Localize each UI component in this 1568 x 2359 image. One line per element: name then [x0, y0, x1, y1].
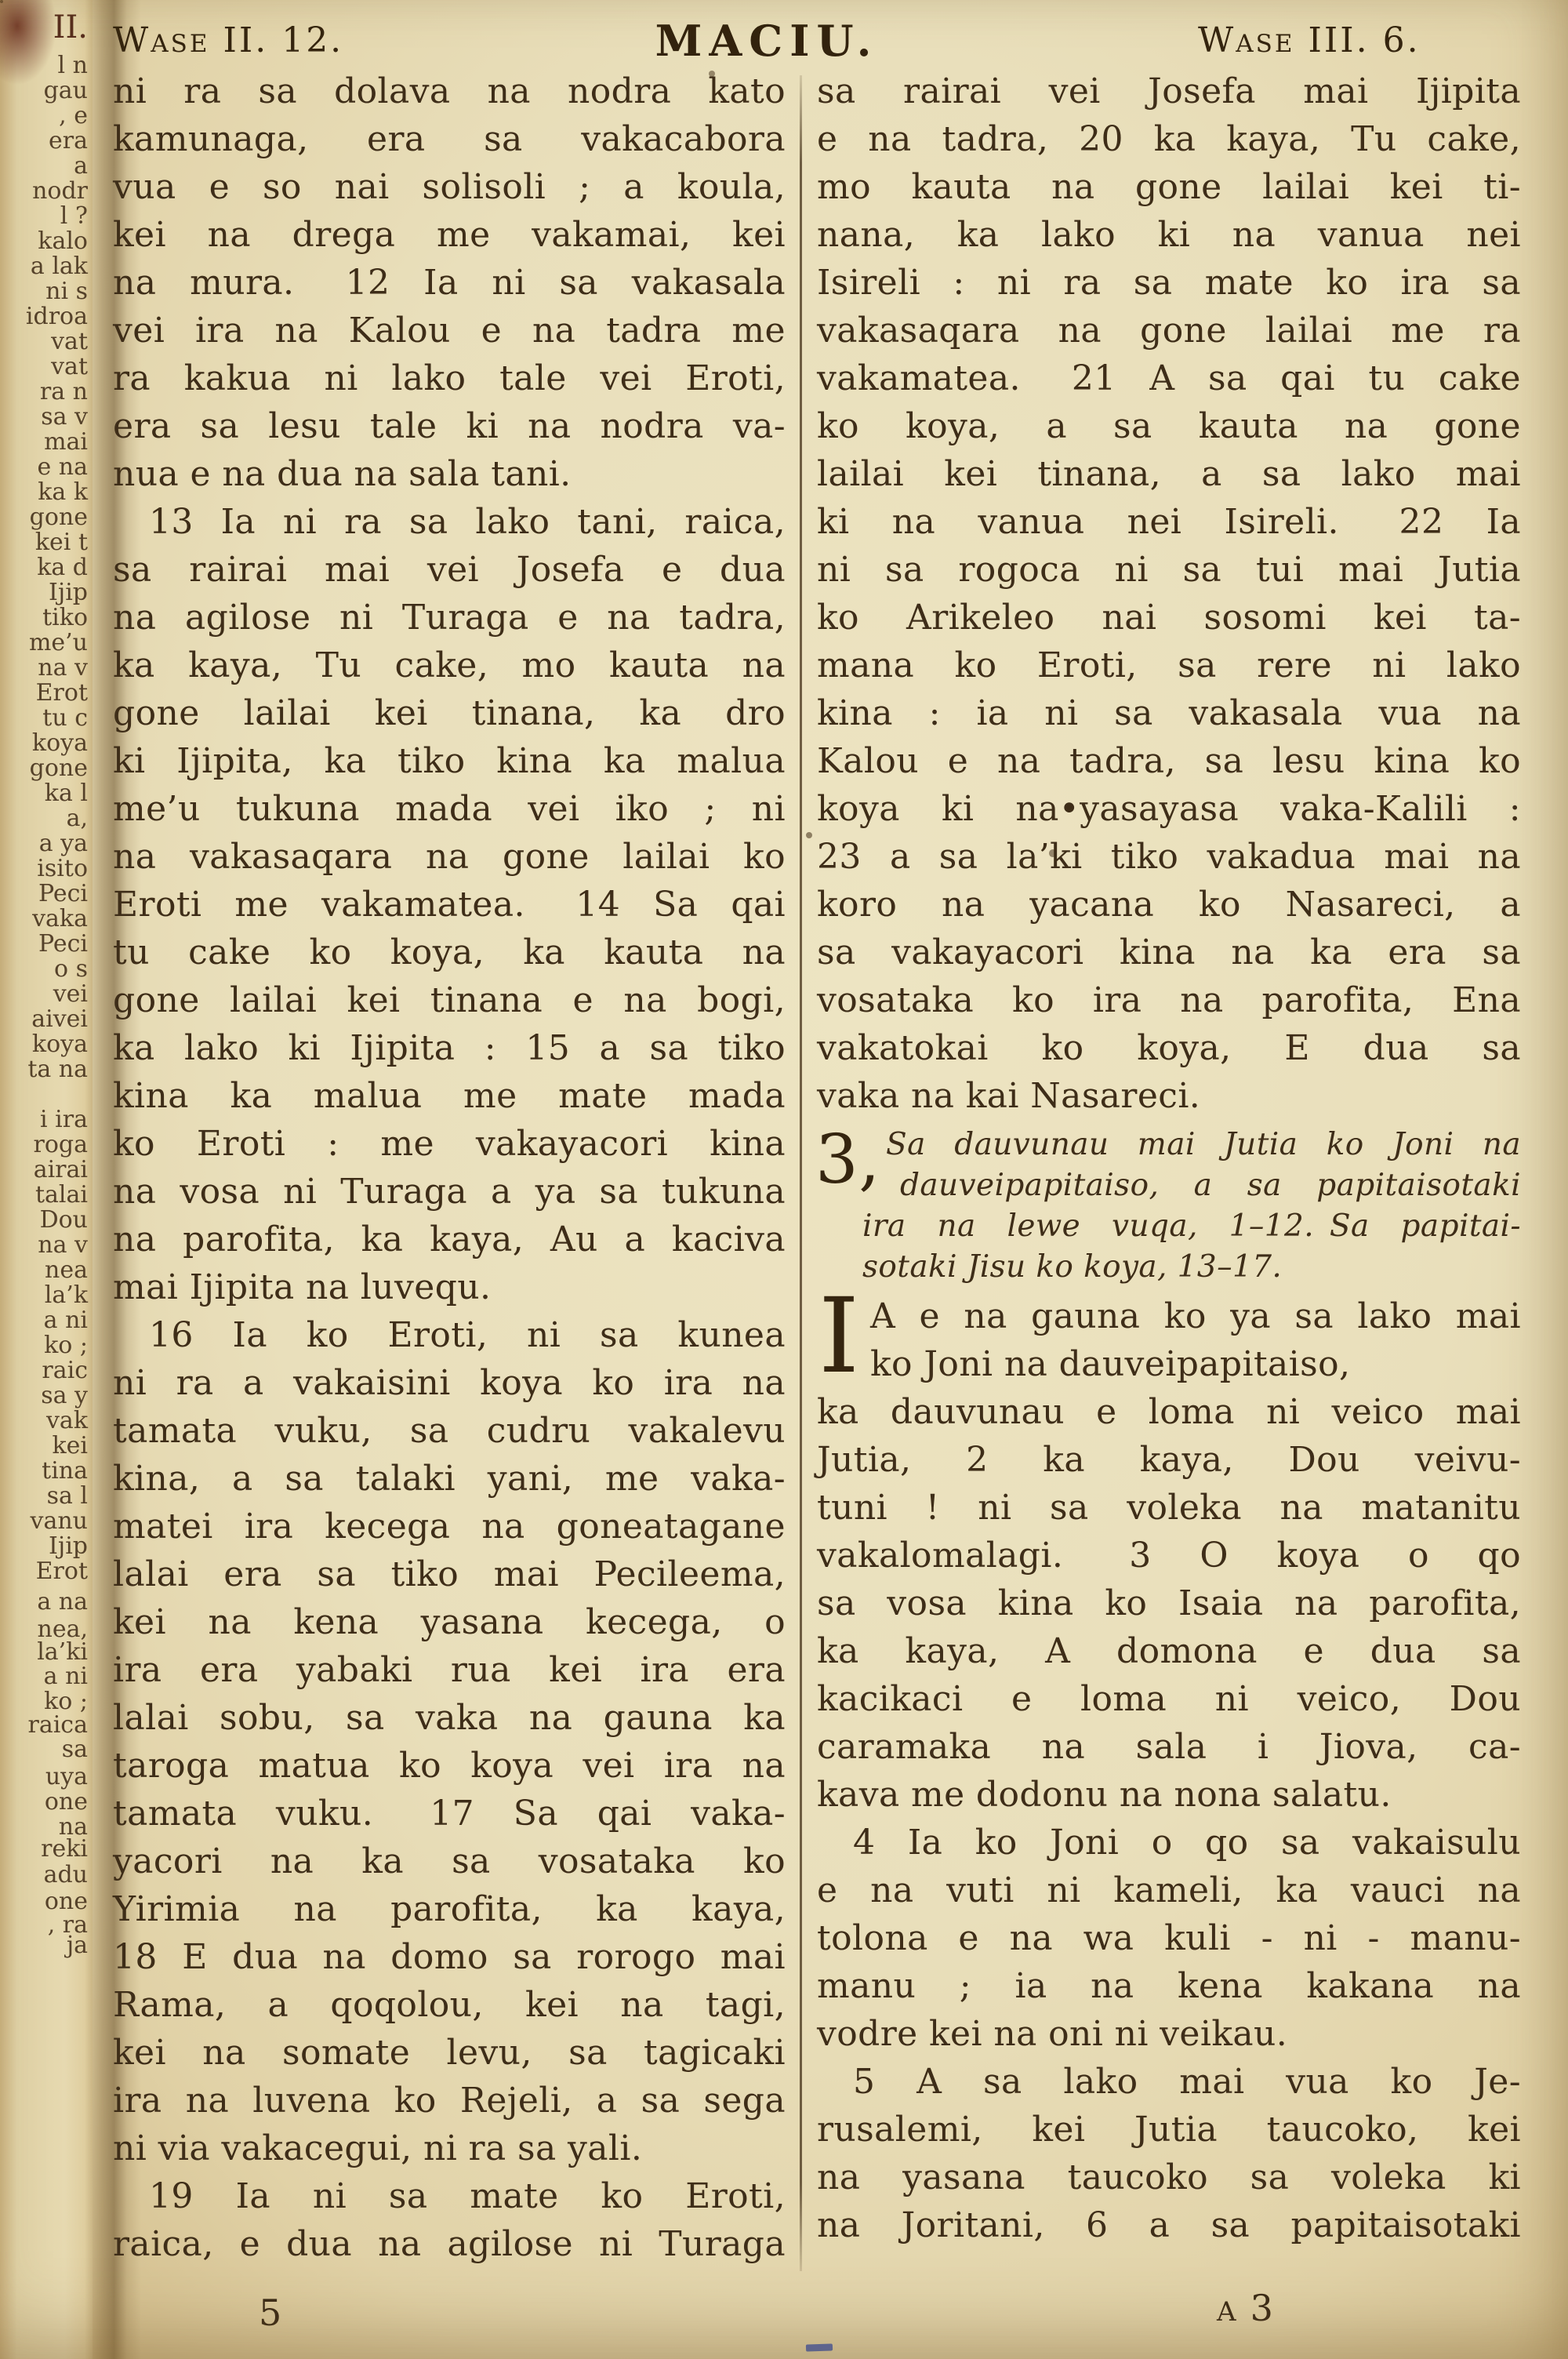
edge-text-fragment: vaka — [0, 905, 88, 932]
edge-text-fragment: aivei — [0, 1005, 88, 1033]
edge-text-fragment: reki — [0, 1835, 88, 1863]
edge-text-fragment: la’ki — [0, 1638, 88, 1666]
edge-text-fragment: Ijip — [0, 579, 88, 606]
edge-text-fragment: Peci — [0, 880, 88, 907]
edge-text-fragment: Peci — [0, 930, 88, 958]
text-line: era sa lesu tale ki na nodra va- — [113, 402, 786, 450]
edge-text-fragment: la’k — [0, 1281, 88, 1309]
column-divider-rule — [800, 75, 802, 2271]
text-line: na Joritani, 6 a sa papitaisotaki — [817, 2201, 1521, 2249]
edge-text-fragment: a lak — [0, 253, 88, 280]
drop-cap: I — [818, 1285, 860, 1388]
edge-text-fragment: kei t — [0, 529, 88, 556]
edge-text-fragment: sa — [0, 1736, 88, 1763]
edge-text-fragment: koya — [0, 729, 88, 757]
text-line: 5 A sa lako mai vua ko Je- — [817, 2058, 1521, 2106]
edge-text-fragment: raica — [0, 1711, 88, 1739]
edge-text-fragment: ni s — [0, 278, 88, 305]
text-line: nua e na dua na sala tani. — [113, 450, 786, 498]
text-line: 16 Ia ko Eroti, ni sa kunea — [113, 1311, 786, 1359]
text-line: mana ko Eroti, sa rere ni lako — [817, 642, 1521, 689]
edge-text-fragment: II. — [0, 9, 88, 45]
edge-text-fragment: sa v — [0, 403, 88, 431]
edge-text-fragment: vanu — [0, 1507, 88, 1535]
text-line: me’u tukuna mada vei iko ; ni — [113, 785, 786, 833]
text-line: vakatokai ko koya, E dua sa — [817, 1024, 1521, 1072]
text-line: gone lailai kei tinana e na bogi, — [113, 976, 786, 1024]
text-line: dauveipapitaiso, a sa papitaisotaki — [862, 1165, 1521, 1206]
text-line: ka dauvunau e loma ni veico mai — [817, 1388, 1521, 1436]
text-line: kina, a sa talaki yani, me vaka- — [113, 1455, 786, 1503]
running-head-left: Wase II. 12. — [113, 20, 343, 60]
text-line: sa rairai mai vei Josefa e dua — [113, 546, 786, 594]
edge-text-fragment: ka k — [0, 478, 88, 506]
edge-text-fragment: roga — [0, 1131, 88, 1158]
edge-text-fragment: sa l — [0, 1482, 88, 1510]
text-line: caramaka na sala i Jiova, ca- — [817, 1723, 1521, 1771]
running-head-right: Wase III. 6. — [1198, 20, 1421, 60]
text-line: na parofita, ka kaya, Au a kaciva — [113, 1216, 786, 1263]
text-line: vei ira na Kalou e na tadra me — [113, 307, 786, 354]
book-title: MACIU. — [655, 16, 879, 66]
text-line: ko Eroti : me vakayacori kina — [113, 1120, 786, 1168]
edge-text-fragment: kalo — [0, 227, 88, 255]
text-line: nana, ka lako ki na vanua nei — [817, 211, 1521, 259]
edge-text-fragment: Erot — [0, 679, 88, 707]
text-line: taroga matua ko koya vei ira na — [113, 1742, 786, 1790]
edge-text-fragment: i ira — [0, 1106, 88, 1133]
text-line: kacikaci e loma ni veico, Dou — [817, 1675, 1521, 1723]
text-line: ka kaya, Tu cake, mo kauta na — [113, 642, 786, 689]
text-line: manu ; ia na kena kakana na — [817, 1962, 1521, 2010]
edge-text-fragment: na v — [0, 654, 88, 682]
text-line: ko koya, a sa kauta na gone — [817, 402, 1521, 450]
text-line: sa vakayacori kina na ka era sa — [817, 929, 1521, 976]
right-column-text-bottom: I A e na gauna ko ya sa lako maiko Joni … — [817, 1292, 1521, 2249]
edge-text-fragment: ja — [0, 1932, 88, 1959]
edge-text-fragment: a ya — [0, 830, 88, 857]
text-line: vakalomalagi. 3 O koya o qo — [817, 1532, 1521, 1579]
text-line: Jutia, 2 ka kaya, Dou veivu- — [817, 1436, 1521, 1484]
edge-text-fragment: me’u — [0, 629, 88, 656]
text-line: Yirimia na parofita, ka kaya, — [113, 1885, 786, 1933]
text-line: sotaki Jisu ko koya, 13–17. — [862, 1247, 1521, 1288]
text-line: kei na kena yasana kecega, o — [113, 1598, 786, 1646]
text-line: sa rairai vei Josefa mai Ijipita — [817, 67, 1521, 115]
text-line: koya ki na•yasayasa vaka-Kalili : — [817, 785, 1521, 833]
text-line: 18 E dua na domo sa rorogo mai — [113, 1933, 786, 1981]
edge-text-fragment: ko ; — [0, 1332, 88, 1359]
text-line: ni via vakacegui, ni ra sa yali. — [113, 2125, 786, 2172]
edge-text-fragment: idroa — [0, 303, 88, 330]
text-line: kina ka malua me mate mada — [113, 1072, 786, 1120]
right-column-text-top: sa rairai vei Josefa mai Ijipitae na tad… — [817, 67, 1521, 1120]
page-number: 5 — [259, 2292, 281, 2334]
text-line: vosataka ko ira na parofita, Ena — [817, 976, 1521, 1024]
edge-text-fragment: ka l — [0, 780, 88, 807]
edge-text-fragment: ra n — [0, 378, 88, 405]
edge-text-fragment: nodr — [0, 177, 88, 205]
edge-text-fragment: uya — [0, 1763, 88, 1790]
text-line: rusalemi, kei Jutia taucoko, kei — [817, 2106, 1521, 2154]
edge-text-fragment: koya — [0, 1030, 88, 1058]
edge-text-fragment: gau — [0, 77, 88, 104]
text-line: tu cake ko koya, ka kauta na — [113, 929, 786, 976]
text-line: ra kakua ni lako tale vei Eroti, — [113, 354, 786, 402]
text-line: mo kauta na gone lailai kei ti- — [817, 163, 1521, 211]
text-line: mai Ijipita na luvequ. — [113, 1263, 786, 1311]
text-line: ni ra sa dolava na nodra kato — [113, 67, 786, 115]
text-line: vaka na kai Nasareci. — [817, 1072, 1521, 1120]
text-line: 19 Ia ni sa mate ko Eroti, — [113, 2172, 786, 2220]
edge-text-fragment: mai — [0, 428, 88, 456]
text-line: tolona e na wa kuli - ni - manu- — [817, 1914, 1521, 1962]
text-line: vua e so nai solisoli ; a koula, — [113, 163, 786, 211]
chapter-heading: 3, Sa dauvunau mai Jutia ko Joni nadauve… — [817, 1125, 1521, 1288]
edge-text-fragment: e na — [0, 453, 88, 481]
right-column: sa rairai vei Josefa mai Ijipitae na tad… — [817, 67, 1521, 2249]
text-line: e na tadra, 20 ka kaya, Tu cake, — [817, 115, 1521, 163]
edge-text-fragment: tina — [0, 1457, 88, 1485]
text-line: ki Ijipita, ka tiko kina ka malua — [113, 737, 786, 785]
text-line: na vosa ni Turaga a ya sa tukuna — [113, 1168, 786, 1216]
text-line: 4 Ia ko Joni o qo sa vakaisulu — [817, 1819, 1521, 1866]
chapter-summary: Sa dauvunau mai Jutia ko Joni nadauveipa… — [862, 1125, 1521, 1288]
edge-text-fragment: l ? — [0, 202, 88, 230]
edge-text-fragment: airai — [0, 1156, 88, 1183]
text-line: matei ira kecega na goneatagane — [113, 1503, 786, 1550]
text-line: e na vuti ni kameli, ka vauci na — [817, 1866, 1521, 1914]
text-line: ko Joni na dauveipapitaiso, — [817, 1340, 1521, 1388]
signature-letter: A — [1217, 2296, 1236, 2328]
text-line: raica, e dua na agilose ni Turaga — [113, 2220, 786, 2268]
left-column-text: ni ra sa dolava na nodra katokamunaga, e… — [113, 67, 786, 2268]
scan-blue-mark — [806, 2343, 833, 2351]
text-line: ko Arikeleo nai sosomi kei ta- — [817, 594, 1521, 642]
text-line: ira era yabaki rua kei ira era — [113, 1646, 786, 1694]
text-line: ni ra a vakaisini koya ko ira na — [113, 1359, 786, 1407]
edge-text-fragment: vat — [0, 328, 88, 355]
text-line: kei na drega me vakamai, kei — [113, 211, 786, 259]
signature-number: 3 — [1250, 2287, 1273, 2329]
text-line: na mura. 12 Ia ni sa vakasala — [113, 259, 786, 307]
ink-specks — [0, 0, 3, 3]
text-line: vodre kei na oni ni veikau. — [817, 2010, 1521, 2058]
text-line: tuni ! ni sa voleka na matanitu — [817, 1484, 1521, 1532]
edge-text-fragment: vei — [0, 980, 88, 1008]
edge-text-fragment: a na — [0, 1588, 88, 1616]
edge-text-fragment: l n — [0, 52, 88, 79]
edge-text-fragment: ka d — [0, 554, 88, 581]
text-line: kei na somate levu, sa tagicaki — [113, 2029, 786, 2077]
text-line: A e na gauna ko ya sa lako mai — [817, 1292, 1521, 1340]
text-line: ka lako ki Ijipita : 15 a sa tiko — [113, 1024, 786, 1072]
edge-text-fragment: era — [0, 127, 88, 154]
edge-text-fragment: one — [0, 1788, 88, 1816]
text-line: tamata vuku. 17 Sa qai vaka- — [113, 1790, 786, 1837]
text-line: ira na lewe vuqa, 1–12. Sa papitai- — [862, 1206, 1521, 1247]
edge-text-fragment: Erot — [0, 1558, 88, 1585]
text-line: Eroti me vakamatea. 14 Sa qai — [113, 881, 786, 929]
edge-text-fragment: gone — [0, 754, 88, 782]
edge-text-fragment: adu — [0, 1861, 88, 1888]
facing-page-edge: II.l ngau, eeraanodrl ?kaloa lakni sidro… — [0, 0, 93, 2359]
edge-text-fragment: Dou — [0, 1206, 88, 1234]
edge-text-fragment: isito — [0, 855, 88, 882]
edge-text-fragment: sa y — [0, 1382, 88, 1409]
text-line: gone lailai kei tinana, ka dro — [113, 689, 786, 737]
text-line: kina : ia ni sa vakasala vua na — [817, 689, 1521, 737]
edge-text-fragment: tu c — [0, 704, 88, 732]
text-line: vakamatea. 21 A sa qai tu cake — [817, 354, 1521, 402]
edge-text-fragment: raic — [0, 1357, 88, 1384]
edge-text-fragment: Ijip — [0, 1532, 88, 1560]
edge-text-fragment: kei — [0, 1432, 88, 1459]
text-line: sa vosa kina ko Isaia na parofita, — [817, 1579, 1521, 1627]
edge-text-fragment: na v — [0, 1231, 88, 1259]
text-line: 13 Ia ni ra sa lako tani, raica, — [113, 498, 786, 546]
text-line: lalai era sa tiko mai Pecileema, — [113, 1550, 786, 1598]
text-line: Isireli : ni ra sa mate ko ira sa — [817, 259, 1521, 307]
text-line: vakasaqara na gone lailai me ra — [817, 307, 1521, 354]
text-line: lalai sobu, sa vaka na gauna ka — [113, 1694, 786, 1742]
text-line: yacori na ka sa vosataka ko — [113, 1837, 786, 1885]
edge-text-fragment: tiko — [0, 604, 88, 631]
edge-text-fragment: , e — [0, 102, 88, 129]
edge-text-fragment: vak — [0, 1407, 88, 1434]
text-line: ni sa rogoca ni sa tui mai Jutia — [817, 546, 1521, 594]
edge-text-fragment: a ni — [0, 1663, 88, 1690]
edge-text-fragment: vat — [0, 353, 88, 380]
text-line: na yasana taucoko sa voleka ki — [817, 2154, 1521, 2201]
text-line: Rama, a qoqolou, kei na tagi, — [113, 1981, 786, 2029]
text-line: ira na luvena ko Rejeli, a sa sega — [113, 2077, 786, 2125]
edge-text-fragment: a ni — [0, 1307, 88, 1334]
text-line: Sa dauvunau mai Jutia ko Joni na — [862, 1125, 1521, 1165]
text-line: ka kaya, A domona e dua sa — [817, 1627, 1521, 1675]
edge-text-fragment: a — [0, 152, 88, 180]
text-line: na vakasaqara na gone lailai ko — [113, 833, 786, 881]
edge-text-fragment: ta na — [0, 1056, 88, 1083]
text-line: 23 a sa la’ki tiko vakadua mai na — [817, 833, 1521, 881]
edge-text-fragment: gone — [0, 503, 88, 531]
text-line: kamunaga, era sa vakacabora — [113, 115, 786, 163]
text-line: kava me dodonu na nona salatu. — [817, 1771, 1521, 1819]
edge-text-fragment: nea — [0, 1256, 88, 1284]
text-line: lailai kei tinana, a sa lako mai — [817, 450, 1521, 498]
edge-text-fragment: talai — [0, 1181, 88, 1209]
text-line: ki na vanua nei Isireli. 22 Ia — [817, 498, 1521, 546]
text-line: koro na yacana ko Nasareci, a — [817, 881, 1521, 929]
edge-text-fragment: o s — [0, 955, 88, 983]
chapter-number: 3, — [815, 1126, 880, 1194]
edge-text-fragment: a, — [0, 805, 88, 832]
signature-mark: A3 — [1217, 2287, 1273, 2329]
text-line: Kalou e na tadra, sa lesu kina ko — [817, 737, 1521, 785]
text-line: na agilose ni Turaga e na tadra, — [113, 594, 786, 642]
text-line: tamata vuku, sa cudru vakalevu — [113, 1407, 786, 1455]
